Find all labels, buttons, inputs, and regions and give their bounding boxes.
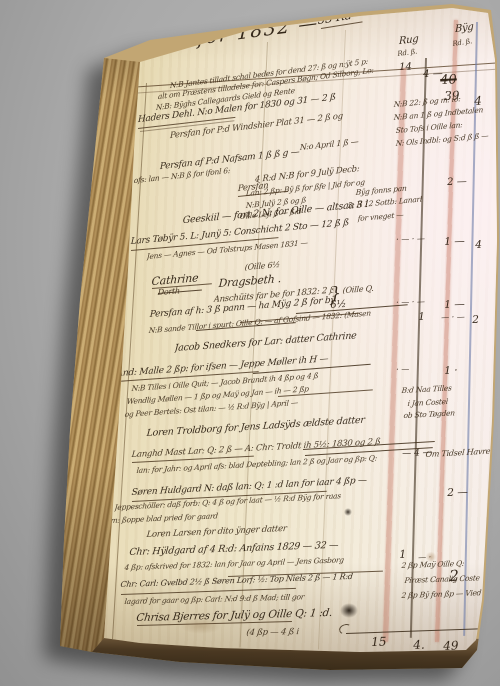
ledger-entry-line: (4 ßp — 4 ß i [246, 626, 342, 638]
amount-value: 2 [472, 314, 479, 326]
amount-value: 2 [449, 567, 459, 585]
ledger-note: 2 ßp Bÿ fon ßp — Vied [401, 588, 482, 600]
ledger-entry-line: Jacob Snedkers for Lar: datter Cathrine [174, 328, 394, 354]
amount-value: 4 [474, 94, 482, 108]
foxing-stain [180, 618, 222, 634]
amount-dashes: — · — [441, 312, 465, 322]
total-value: 15 [371, 634, 387, 649]
amount-dashes: · — · — [396, 234, 425, 244]
ink-blot [344, 508, 352, 516]
curly-brace: } [330, 284, 342, 304]
amount-value: 1 [399, 548, 406, 561]
column-header-rug: Rug [399, 34, 419, 47]
amount-value: 39 [444, 88, 460, 103]
total-flourish-line [346, 628, 498, 634]
amount-dashes: · — [396, 365, 409, 374]
ledger-entry-line: m: ßoppe blad pried for gaard [110, 509, 281, 525]
amount-value: 1 · [444, 365, 458, 377]
amount-value: 1 [418, 311, 425, 323]
column-header-byg: Bÿg [455, 21, 473, 35]
amount-value: 2 — [447, 176, 467, 188]
foxing-stain [425, 552, 437, 562]
ledger-entry-line: Chr: Carl: Gvelbd 2½ ß Søren Lorf: ½: To… [120, 570, 411, 589]
ledger-note: Om Tidsel Havre [425, 447, 490, 459]
ledger-entry-line: Loren Troldborg for Jens Ladsÿds ældste … [146, 413, 391, 439]
ledger-note: ob Sto Tøgden [403, 408, 455, 420]
total-value: 4. [413, 638, 425, 652]
photo-background: ila for 1832 — 53 Rd Rug Rd. ß. Bÿg Rd. … [0, 0, 500, 686]
ink-blot [340, 603, 358, 618]
book-shadow-wrapper: ila for 1832 — 53 Rd Rug Rd. ß. Bÿg Rd. … [0, 0, 500, 686]
amount-value: 1 — [444, 298, 465, 311]
amount-value: 14 [399, 62, 412, 73]
ledger-note: Piræst Canalig Coste [404, 573, 480, 585]
amount-value: 4 [475, 239, 482, 251]
column-header-byg-units: Rd. ß. [452, 37, 473, 48]
amount-value: 2 — [447, 486, 468, 499]
page-year-heading: ila for 1832 — [162, 11, 319, 54]
total-value: — i [477, 640, 494, 652]
amount-value: 1 — [444, 235, 465, 248]
account-book: ila for 1832 — 53 Rd Rug Rd. ß. Bÿg Rd. … [0, 0, 500, 686]
amount-value-struck: 40 [440, 72, 457, 88]
